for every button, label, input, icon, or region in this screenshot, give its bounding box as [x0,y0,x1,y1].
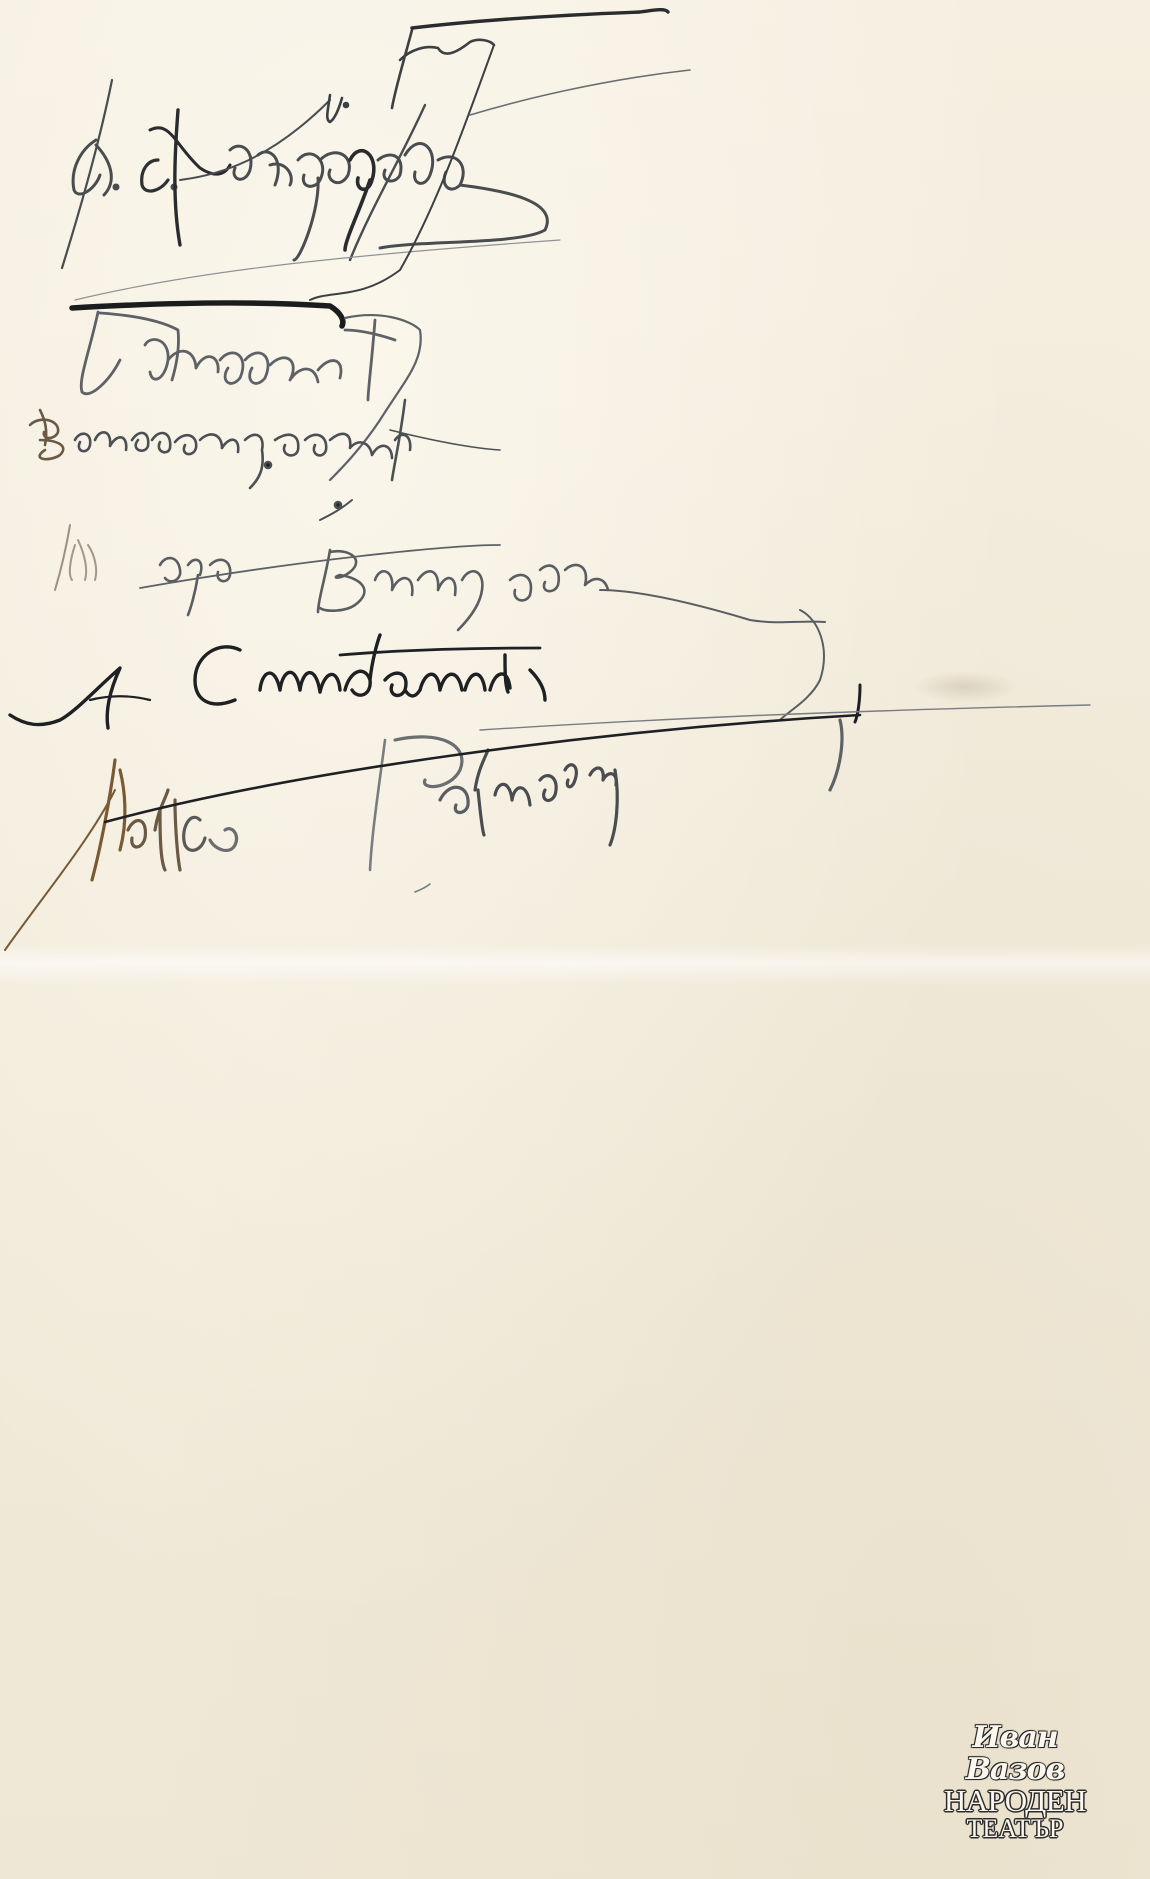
logo-text-teatar: ТЕАТЪР [930,1816,1100,1842]
logo-text-naroden: НАРОДЕН [930,1786,1100,1816]
national-theatre-logo: Иван Вазов НАРОДЕН ТЕАТЪР [930,1722,1100,1842]
signature-slavova [10,635,860,728]
signature-batilova [5,705,1090,950]
document-page: Ж. С. Караджова Ц. Бут Бънчев Вел. Бъстр… [0,0,1150,1879]
signature-velev [30,400,500,520]
signature-kirkov [72,303,421,480]
handwritten-signatures [0,0,1150,1879]
signature-karadzhova [62,80,560,300]
logo-script-ivan-vazov: Иван Вазов [930,1722,1100,1786]
